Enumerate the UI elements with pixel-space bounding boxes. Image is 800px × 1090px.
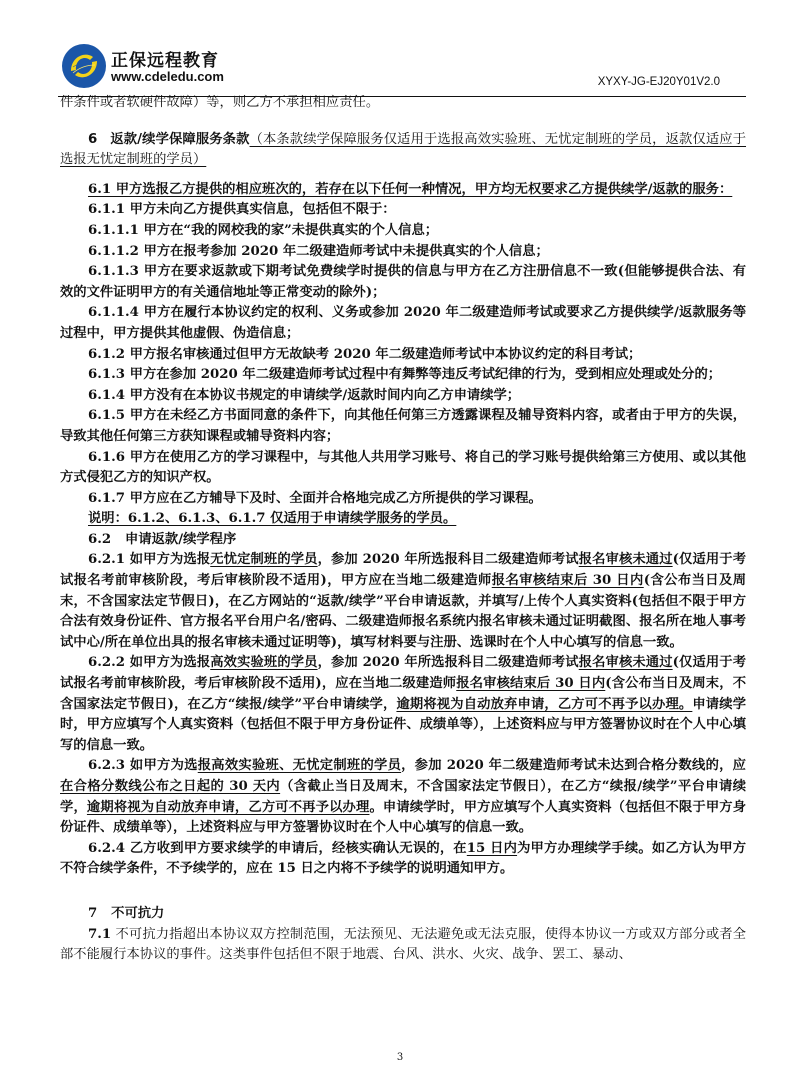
page-number: 3 [0, 1052, 800, 1063]
clause-6-1-5: 6.1.5 甲方在未经乙方书面同意的条件下，向其他任何第三方透露课程及辅导资料内… [60, 406, 746, 447]
clause-emphasis: 高效实验班的学员 [210, 655, 317, 670]
clause-6-2-title: 申请返款/续学程序 [125, 532, 236, 547]
clause-emphasis: 报名审核未通过 [579, 552, 673, 567]
clause-text: ，参加 2020 年所选报科目二级建造师考试 [318, 655, 579, 670]
clause-6-1-7: 6.1.7 甲方应在乙方辅导下及时、全面并合格地完成乙方所提供的学习课程。 [60, 489, 746, 510]
section-6-heading: 6 返款/续学保障服务条款（本条款续学保障服务仅适用于选报高效实验班、无忧定制班… [60, 130, 746, 171]
clause-emphasis: 报名审核未通过 [579, 655, 673, 670]
clause-emphasis: 逾期将视为自动放弃申请，乙方可不再予以办理。 [396, 697, 692, 712]
brand-name: 正保远程教育 [111, 46, 219, 71]
clause-emphasis: 无忧定制班的学员 [210, 552, 317, 567]
clause-6-2-2: 6.2.2 如甲方为选报高效实验班的学员，参加 2020 年所选报科目二级建造师… [60, 653, 746, 756]
clause-text: ，参加 2020 年所选报科目二级建造师考试 [318, 552, 579, 567]
clause-emphasis: 在合格分数线公布之日起的 30 天内 [60, 779, 280, 794]
section-7-title: 不可抗力 [111, 906, 164, 921]
clause-6-1-4: 6.1.4 甲方没有在本协议书规定的申请续学/返款时间内向乙方申请续学； [60, 386, 746, 407]
logo-icon [61, 43, 107, 89]
clause-6-1-6: 6.1.6 甲方在使用乙方的学习课程中，与其他人共用学习账号、将自己的学习账号提… [60, 448, 746, 489]
clause-6-1-1-3: 6.1.1.3 甲方在要求返款或下期考试免费续学时提供的信息与甲方在乙方注册信息… [60, 262, 746, 303]
note-6-1-text: 说明：6.1.2、6.1.3、6.1.7 仅适用于申请续学服务的学员。 [88, 511, 456, 526]
clause-text: 乙方收到甲方要求续学的申请后，经核实确认无误的，在 [125, 841, 467, 856]
section-6-number: 6 [88, 132, 97, 147]
document-header: 正保远程教育 www.cdeledu.com XYXY-JG-EJ20Y01V2… [58, 38, 746, 98]
clause-text: 如甲方为选报 [125, 552, 210, 567]
clause-emphasis: 报名审核结束后 30 日内 [456, 676, 605, 691]
clause-number: 6.2.4 [88, 841, 125, 856]
section-7-heading: 7 不可抗力 [60, 904, 746, 925]
clause-number: 7.1 [88, 927, 111, 942]
clause-number: 6.2.2 [88, 655, 125, 670]
clause-6-2-3: 6.2.3 如甲方为选报高效实验班、无忧定制班的学员，参加 2020 年二级建造… [60, 756, 746, 838]
clause-text: 如甲方为选报 [125, 655, 210, 670]
clause-emphasis: 逾期将视为自动放弃申请，乙方可不再予以办理 [87, 800, 370, 815]
clause-emphasis: 15 日内 [467, 841, 517, 856]
clause-6-1-1-2: 6.1.1.2 甲方在报考参加 2020 年二级建造师考试中未提供真实的个人信息… [60, 242, 746, 263]
clause-6-1: 6.1 甲方选报乙方提供的相应班次的，若存在以下任何一种情况，甲方均无权要求乙方… [60, 180, 746, 201]
document-body: 件条件或者软硬件故障）等，则乙方不承担相应责任。 6 返款/续学保障服务条款（本… [60, 93, 746, 966]
clause-text: ，参加 2020 年二级建造师考试未达到合格分数线的，应 [401, 758, 746, 773]
clause-emphasis: 报高效实验班、无忧定制班的学员 [198, 758, 401, 773]
clause-6-1-1-4: 6.1.1.4 甲方在履行本协议约定的权利、义务或参加 2020 年二级建造师考… [60, 303, 746, 344]
clause-number: 6.2.1 [88, 552, 125, 567]
section-6-title: 返款/续学保障服务条款 [110, 132, 249, 147]
clause-7-1: 7.1 不可抗力指超出本协议双方控制范围，无法预见、无法避免或无法克服，使得本协… [60, 925, 746, 966]
clause-6-2-heading: 6.2 申请返款/续学程序 [60, 530, 746, 551]
clause-6-1-1: 6.1.1 甲方未向乙方提供真实信息，包括但不限于： [60, 200, 746, 221]
clause-text: 如甲方为选 [125, 758, 198, 773]
clause-6-2-4: 6.2.4 乙方收到甲方要求续学的申请后，经核实确认无误的，在15 日内为甲方办… [60, 839, 746, 880]
note-6-1: 说明：6.1.2、6.1.3、6.1.7 仅适用于申请续学服务的学员。 [60, 509, 746, 530]
clause-emphasis: 报名审核结束后 30 日内 [492, 573, 644, 588]
document-code: XYXY-JG-EJ20Y01V2.0 [598, 76, 720, 88]
brand-url: www.cdeledu.com [111, 69, 224, 84]
section-7-number: 7 [88, 906, 97, 921]
clause-6-1-1-1: 6.1.1.1 甲方在“我的网校我的家”未提供真实的个人信息； [60, 221, 746, 242]
clause-6-2-1: 6.2.1 如甲方为选报无忧定制班的学员，参加 2020 年所选报科目二级建造师… [60, 550, 746, 653]
clause-6-2-number: 6.2 [88, 532, 111, 547]
clause-6-1-2: 6.1.2 甲方报名审核通过但甲方无故缺考 2020 年二级建造师考试中本协议约… [60, 345, 746, 366]
clause-6-1-3: 6.1.3 甲方在参加 2020 年二级建造师考试过程中有舞弊等违反考试纪律的行… [60, 365, 746, 386]
clause-number: 6.2.3 [88, 758, 125, 773]
carryover-line: 件条件或者软硬件故障）等，则乙方不承担相应责任。 [60, 93, 746, 114]
clause-text: 不可抗力指超出本协议双方控制范围，无法预见、无法避免或无法克服，使得本协议一方或… [60, 927, 746, 963]
